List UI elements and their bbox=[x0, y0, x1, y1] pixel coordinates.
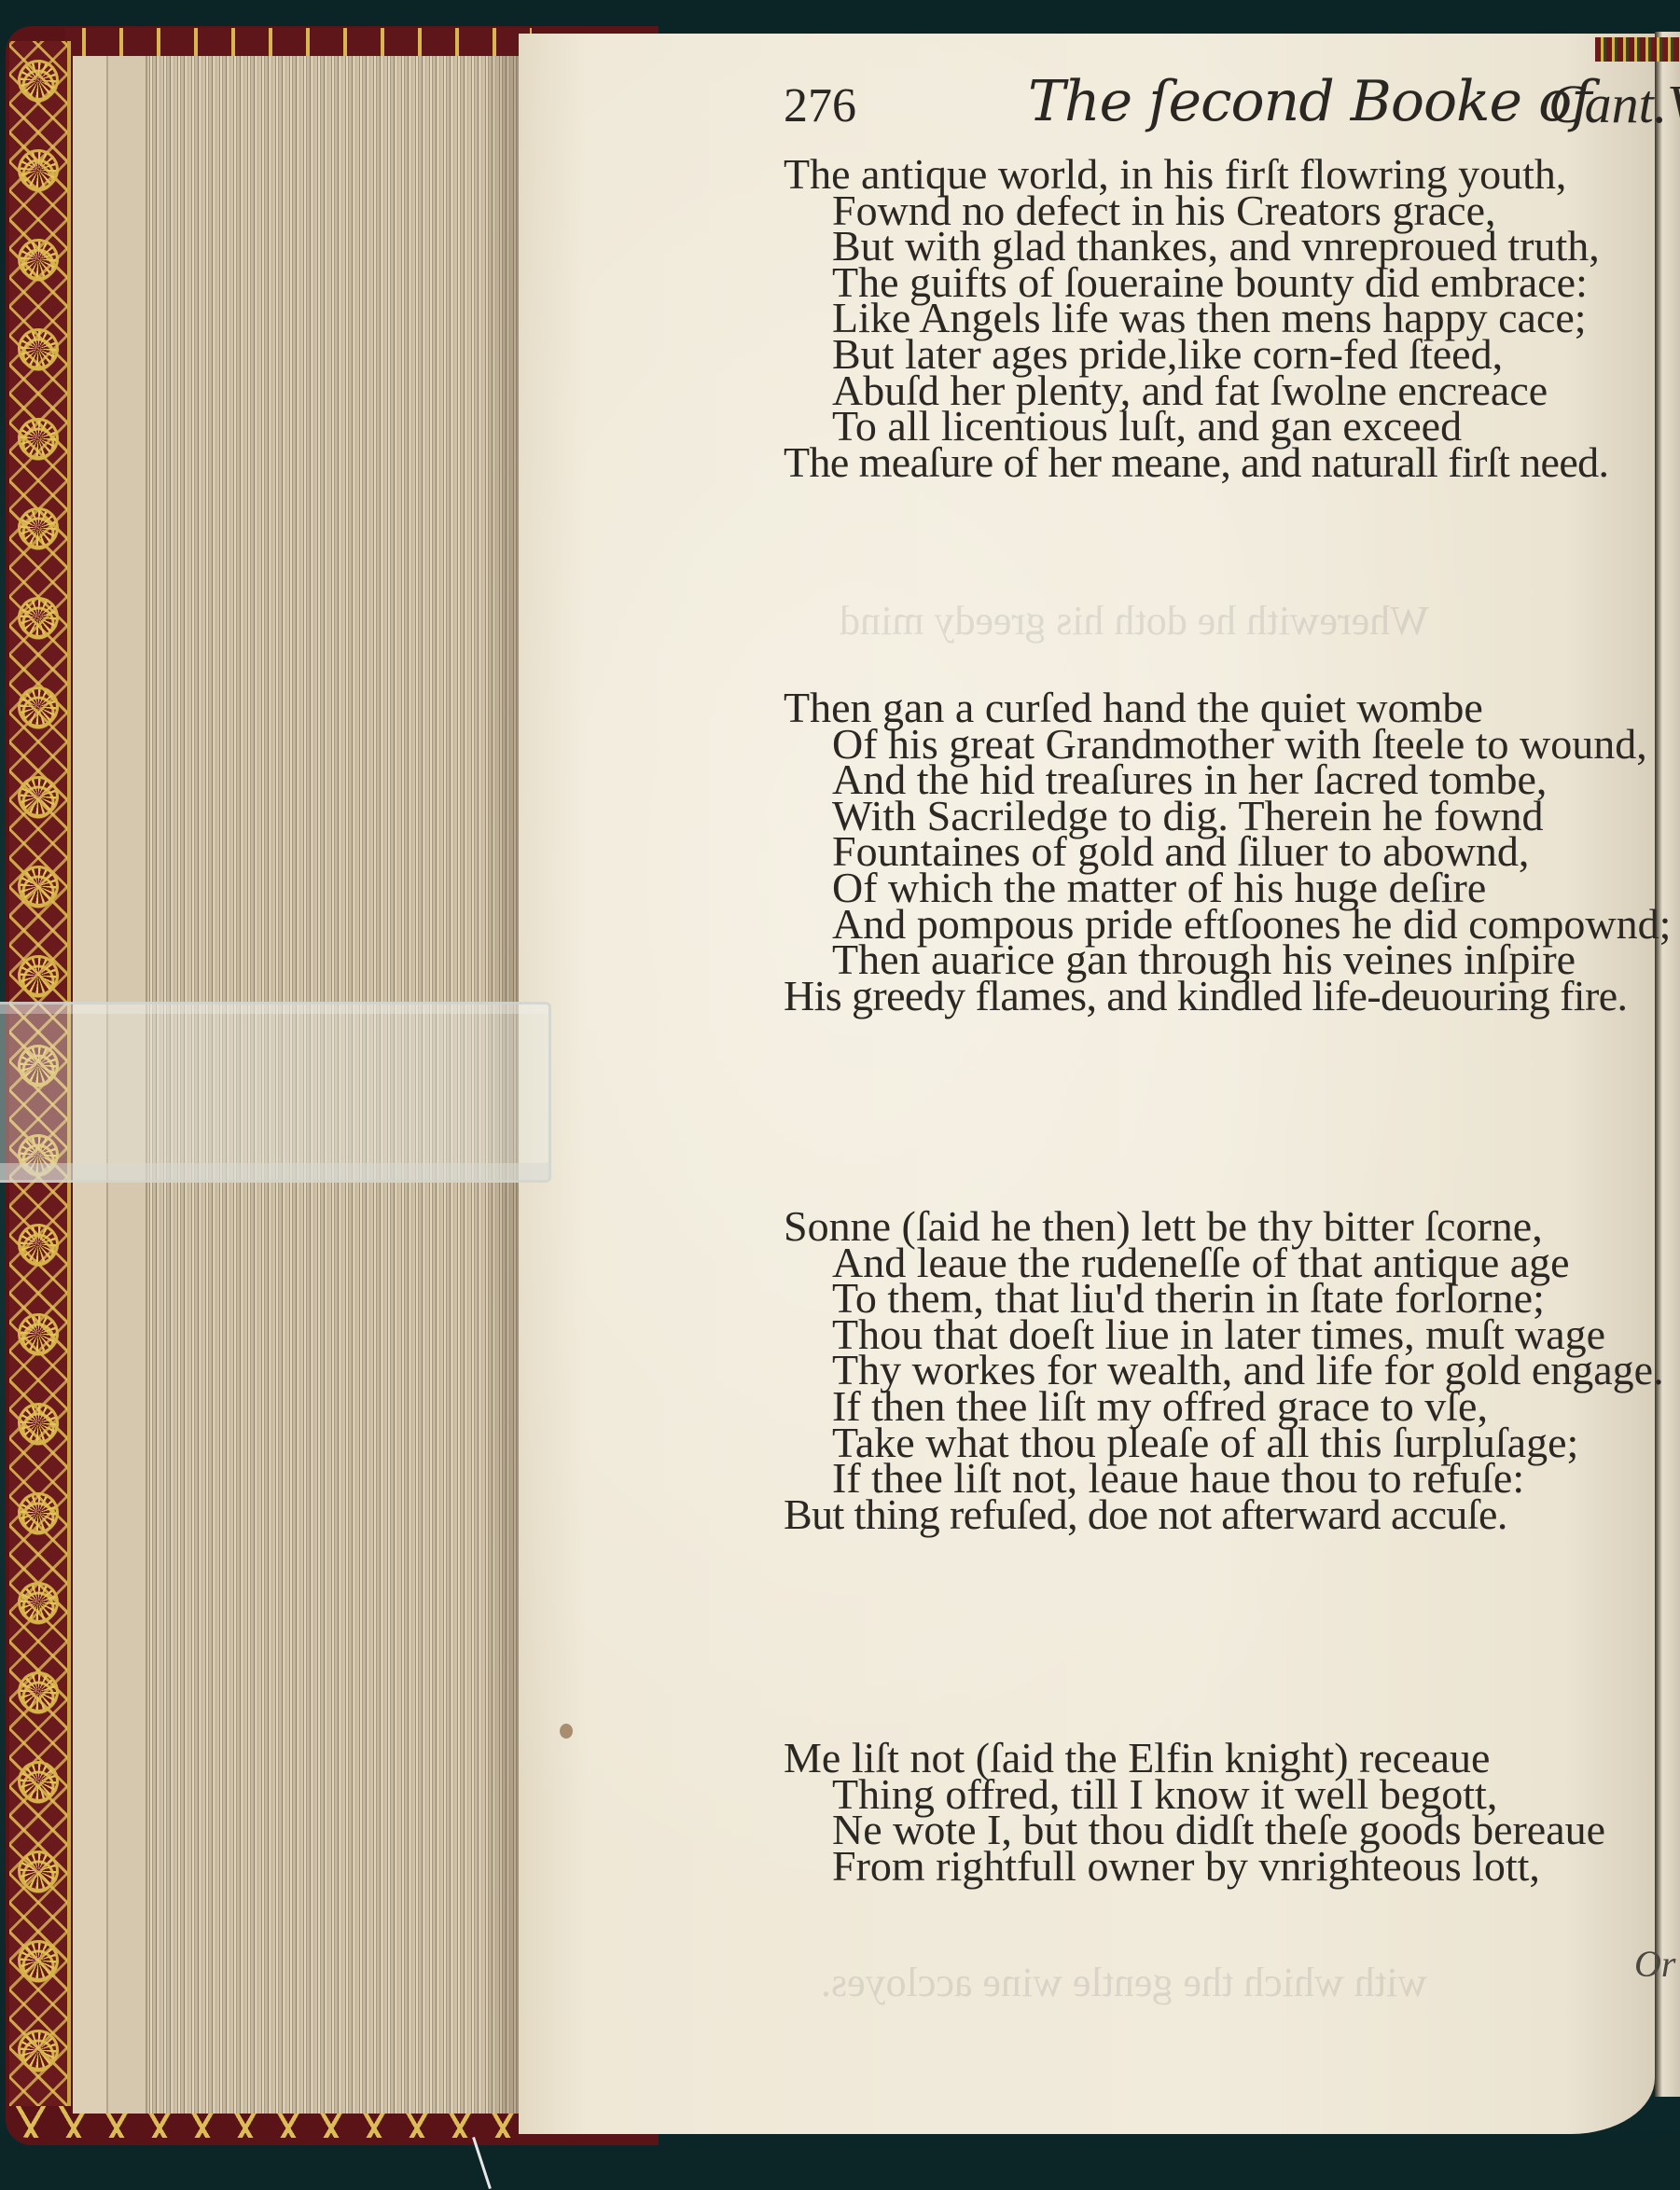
gilt-rosette-icon bbox=[18, 1313, 59, 1354]
show-through-text: with which the gentle wine accloyes. bbox=[821, 1959, 1427, 2006]
page-number: 276 bbox=[784, 78, 856, 133]
stanza: The antique world, in his firſt flowring… bbox=[784, 157, 1651, 480]
running-title: The ſecond Booke of bbox=[1028, 69, 1590, 134]
gilt-rosette-icon bbox=[18, 328, 59, 369]
stanza: Then gan a curſed hand the quiet wombe O… bbox=[784, 690, 1651, 1014]
gilt-rosette-icon bbox=[18, 239, 59, 280]
verse-line: The meaſure of her meane, and naturall f… bbox=[784, 445, 1651, 481]
verse-line: His greedy flames, and kindled life-deuo… bbox=[784, 978, 1651, 1015]
canto-label: Cant.VII. bbox=[1548, 73, 1680, 135]
gilt-rosette-icon bbox=[18, 1850, 59, 1892]
stanza: Me liſt not (ſaid the Elfin knight) rece… bbox=[784, 1740, 1651, 1884]
verse-line: But thing refuſed, doe not afterward acc… bbox=[784, 1497, 1651, 1533]
gilt-rosette-icon bbox=[18, 1671, 59, 1712]
gilt-tooled-border-top bbox=[65, 28, 532, 56]
verse-line: From rightfull owner by vnrighteous lott… bbox=[784, 1849, 1651, 1885]
gilt-rosette-icon bbox=[18, 1582, 59, 1623]
acrylic-page-clip bbox=[0, 1002, 551, 1183]
running-head: 276 The ſecond Booke of Cant.VII. bbox=[784, 65, 1660, 149]
gilt-rosette-icon bbox=[18, 418, 59, 459]
gilt-rosette-icon bbox=[18, 507, 59, 548]
gilt-rosette-icon bbox=[18, 1403, 59, 1444]
gilt-rosette-icon bbox=[18, 149, 59, 190]
gilt-rosette-icon bbox=[18, 866, 59, 907]
gilt-rosette-icon bbox=[18, 2030, 59, 2071]
catchword: Or bbox=[1634, 1942, 1675, 1986]
gilt-rosette-icon bbox=[18, 955, 59, 996]
gilt-rosette-icon bbox=[18, 597, 59, 638]
gilt-rosette-icon bbox=[18, 60, 59, 101]
gilt-rosette-icon bbox=[18, 686, 59, 728]
headband bbox=[1595, 37, 1680, 62]
gilt-rosette-icon bbox=[18, 1492, 59, 1533]
foxing-spot bbox=[560, 1724, 573, 1739]
gilt-rosette-icon bbox=[18, 1224, 59, 1265]
page-gutter-edge bbox=[1655, 32, 1680, 2097]
stanza: Sonne (ſaid he then) lett be thy bitter … bbox=[784, 1209, 1651, 1532]
gilt-rosette-icon bbox=[18, 1940, 59, 1981]
gilt-rosette-icon bbox=[18, 776, 59, 817]
show-through-text: Wherewith he doth his greedy mind bbox=[840, 597, 1429, 645]
gilt-rosette-icon bbox=[18, 1761, 59, 1802]
